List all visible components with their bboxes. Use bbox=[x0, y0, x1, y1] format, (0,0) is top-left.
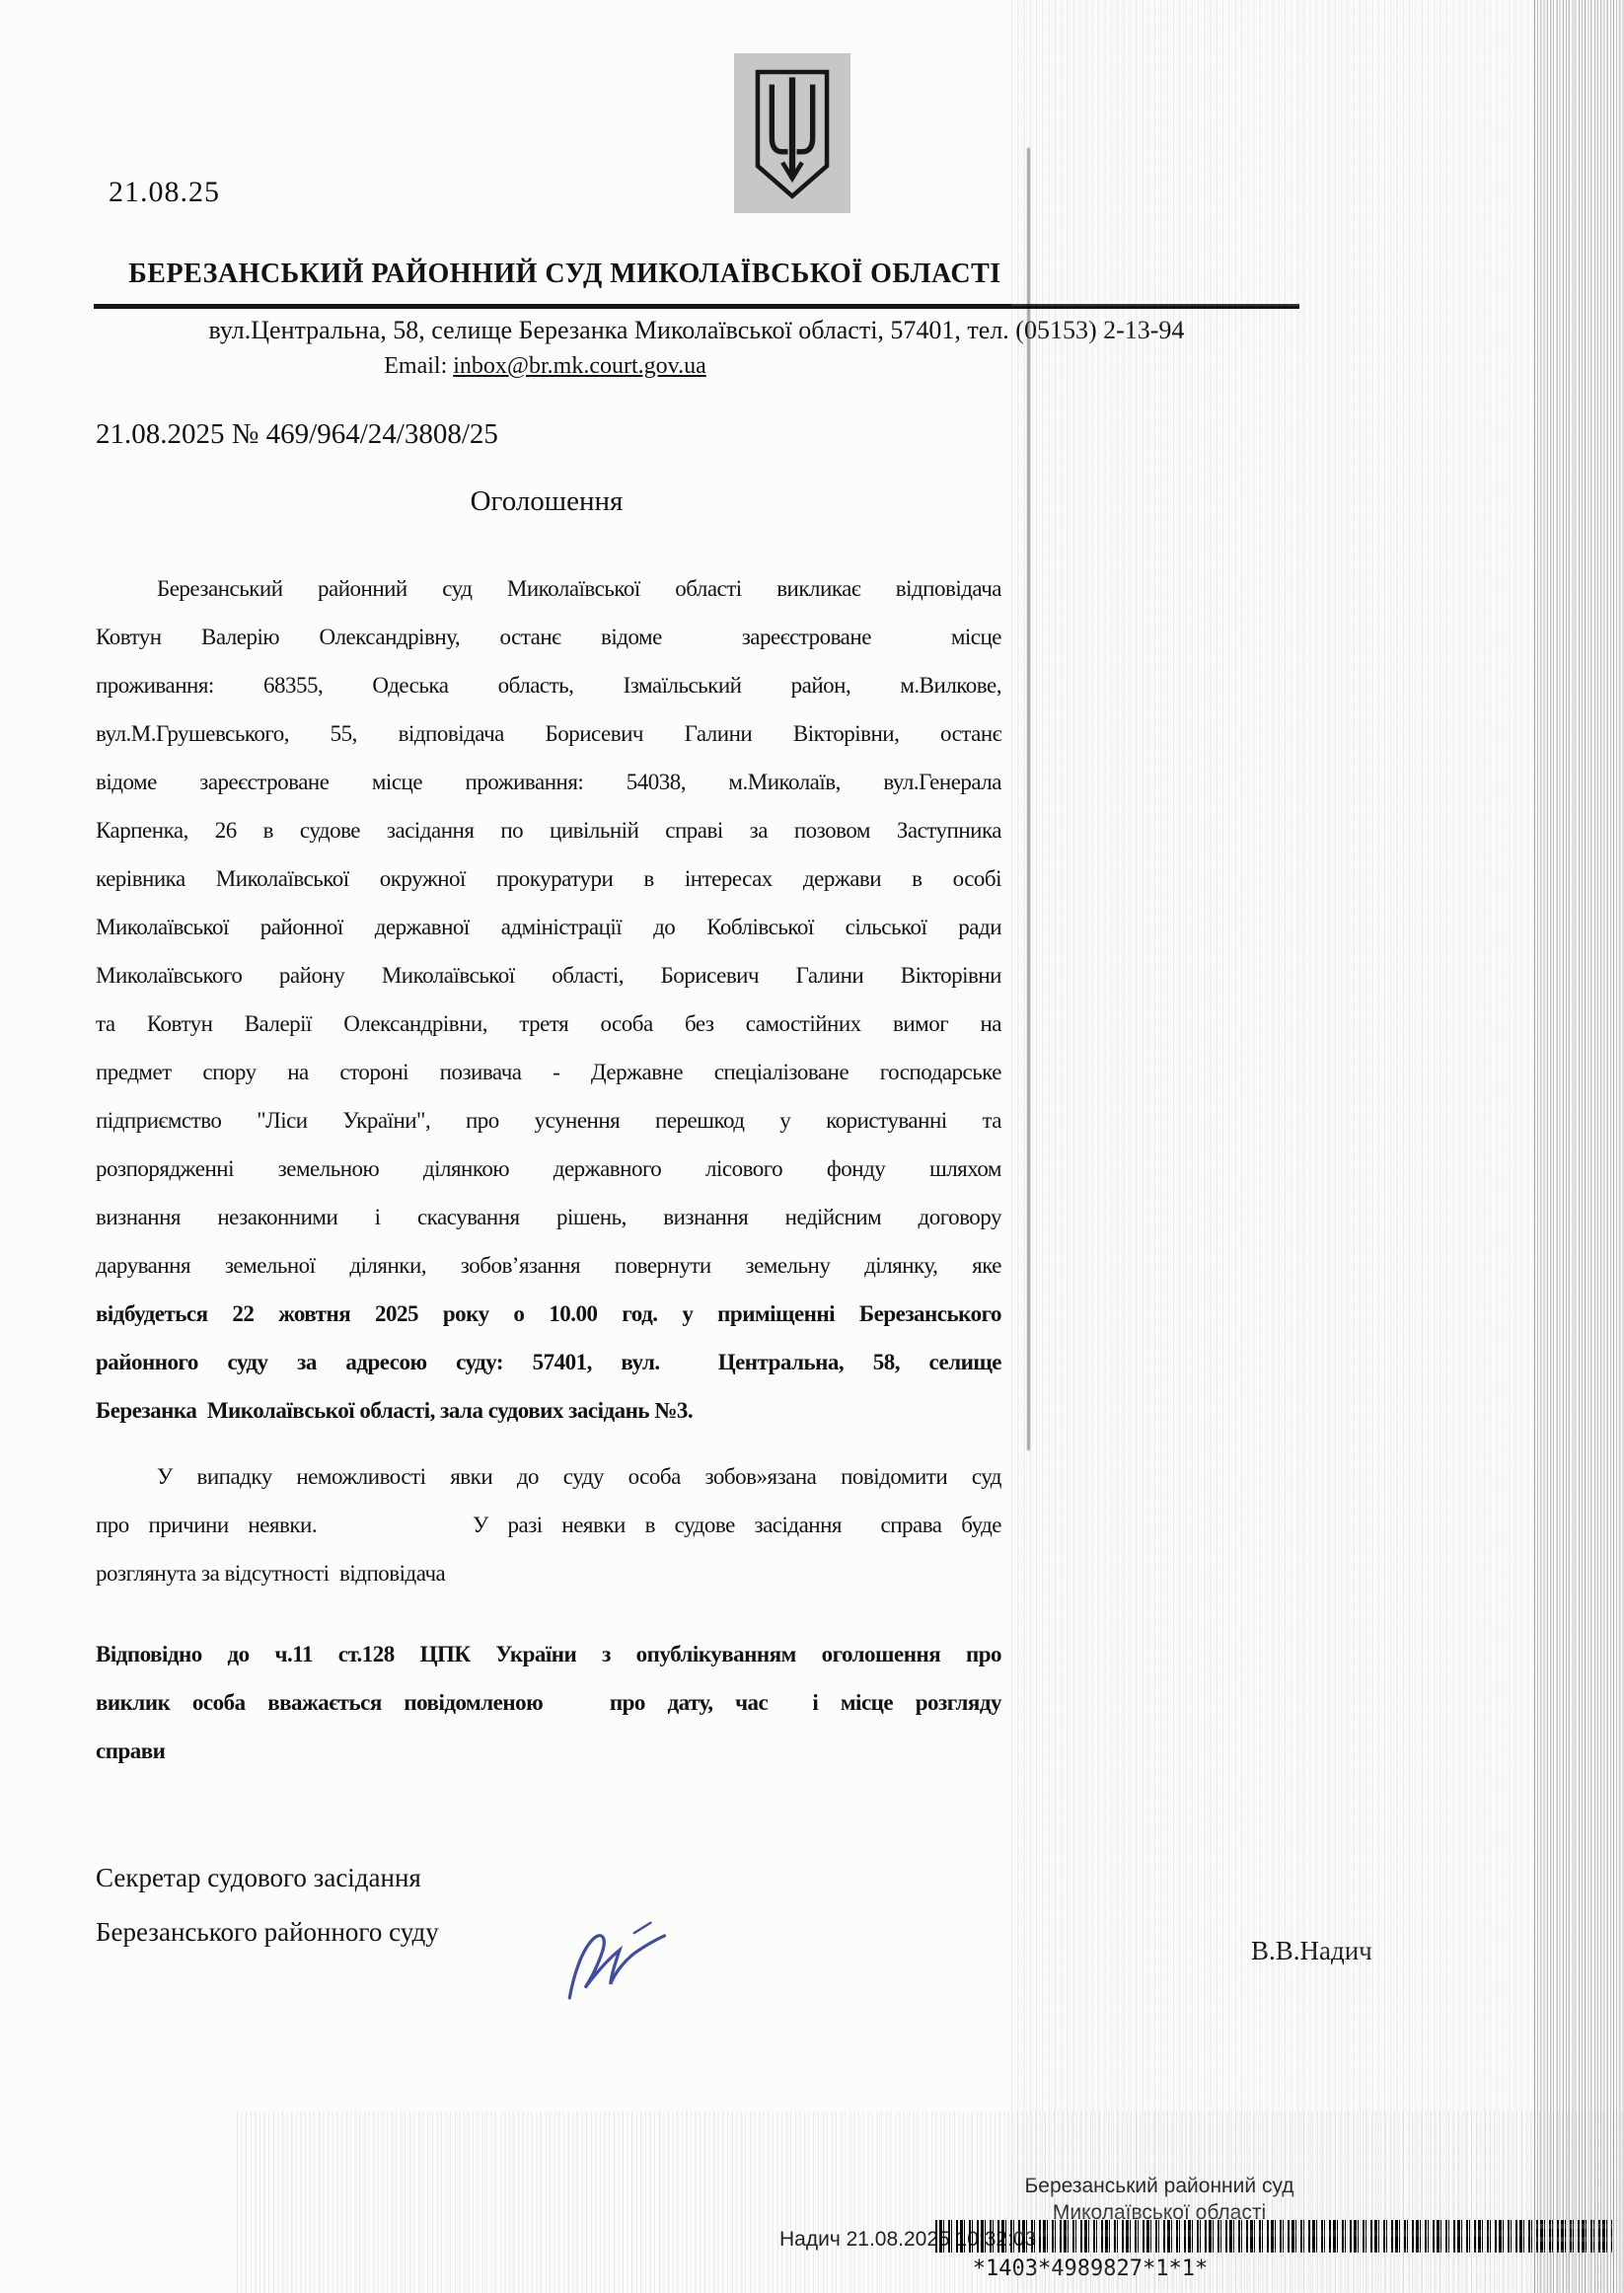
body-line: дарування земельної ділянки, зобов’язанн… bbox=[96, 1241, 1001, 1290]
body-line: розглянута за відсутності відповідача bbox=[96, 1549, 1001, 1597]
reference-line: 21.08.2025 № 469/964/24/3808/25 bbox=[96, 418, 498, 451]
body-line: керівника Миколаївської окружної прокура… bbox=[96, 854, 1001, 903]
scan-date: 21.08.25 bbox=[109, 176, 220, 209]
absence-warning-paragraph: У випадку неможливості явки до суду особ… bbox=[96, 1452, 1001, 1597]
body-line: У випадку неможливості явки до суду особ… bbox=[96, 1452, 1001, 1501]
stamp-court-line1: Березанський районний суд bbox=[927, 2175, 1391, 2198]
secretary-name: В.В.Надич bbox=[1251, 1936, 1372, 1966]
body-line: Ковтун Валерію Олександрівну, останє від… bbox=[96, 613, 1001, 661]
announcement-paragraph: Березанський районний суд Миколаївської … bbox=[96, 564, 1001, 1435]
email-address: inbox@br.mk.court.gov.ua bbox=[453, 353, 706, 379]
court-address: вул.Центральна, 58, селище Березанка Мик… bbox=[94, 316, 1299, 345]
body-line: про причини неявки. У разі неявки в судо… bbox=[96, 1501, 1001, 1549]
body-line: відбудеться 22 жовтня 2025 року о 10.00 … bbox=[96, 1290, 1001, 1338]
signature-role-line1: Секретар судового засідання bbox=[96, 1863, 421, 1893]
body-line: Миколаївського району Миколаївської обла… bbox=[96, 951, 1001, 999]
body-line: відоме зареєстроване місце проживання: 5… bbox=[96, 758, 1001, 806]
scanner-noise-edge bbox=[1534, 0, 1624, 2293]
hearing-details-bold: відбудеться 22 жовтня 2025 року о 10.00 … bbox=[96, 1290, 1001, 1435]
signature-role-line2: Березанського районного суду bbox=[96, 1917, 439, 1948]
body-line: предмет спору на стороні позивача - Держ… bbox=[96, 1048, 1001, 1096]
body-line: вул.М.Грушевського, 55, відповідача Бори… bbox=[96, 709, 1001, 758]
barcode bbox=[935, 2220, 1612, 2253]
ukraine-trident-icon bbox=[740, 59, 845, 207]
document-title: Оголошення bbox=[94, 485, 999, 518]
coat-of-arms-box bbox=[734, 53, 850, 213]
email-line: Email: inbox@br.mk.court.gov.ua bbox=[94, 353, 997, 380]
body-line: Березанка Миколаївської області, зала су… bbox=[96, 1386, 1001, 1435]
body-line: розпорядженні земельною ділянкою державн… bbox=[96, 1145, 1001, 1193]
email-label: Email: bbox=[384, 353, 447, 379]
body-line: визнання незаконними і скасування рішень… bbox=[96, 1193, 1001, 1241]
legal-basis-paragraph: Відповідно до ч.11 ст.128 ЦПК України з … bbox=[96, 1630, 1001, 1775]
header-rule bbox=[94, 304, 1299, 309]
body-line: проживання: 68355, Одеська область, Ізма… bbox=[96, 661, 1001, 709]
body-line: Миколаївської районної державної адмініс… bbox=[96, 903, 1001, 951]
body-line: Карпенка, 26 в судове засідання по цивіл… bbox=[96, 806, 1001, 854]
body-line: справи bbox=[96, 1727, 1001, 1775]
body-line: виклик особа вважається повідомленою про… bbox=[96, 1678, 1001, 1727]
court-summons-document: 21.08.25 БЕРЕЗАНСЬКИЙ РАЙОННИЙ СУД МИКОЛ… bbox=[0, 0, 1624, 2293]
body-line: підприємство "Ліси України", про усуненн… bbox=[96, 1096, 1001, 1145]
court-name: БЕРЕЗАНСЬКИЙ РАЙОННИЙ СУД МИКОЛАЇВСЬКОЇ … bbox=[94, 259, 1036, 290]
body-line: Відповідно до ч.11 ст.128 ЦПК України з … bbox=[96, 1630, 1001, 1678]
body-line: Березанський районний суд Миколаївської … bbox=[96, 564, 1001, 613]
body-line: районного суду за адресою суду: 57401, в… bbox=[96, 1338, 1001, 1386]
body-line: та Ковтун Валерії Олександрівни, третя о… bbox=[96, 999, 1001, 1048]
barcode-value: *1403*4989827*1*1* bbox=[942, 2256, 1238, 2281]
handwritten-signature-icon bbox=[547, 1913, 688, 2029]
